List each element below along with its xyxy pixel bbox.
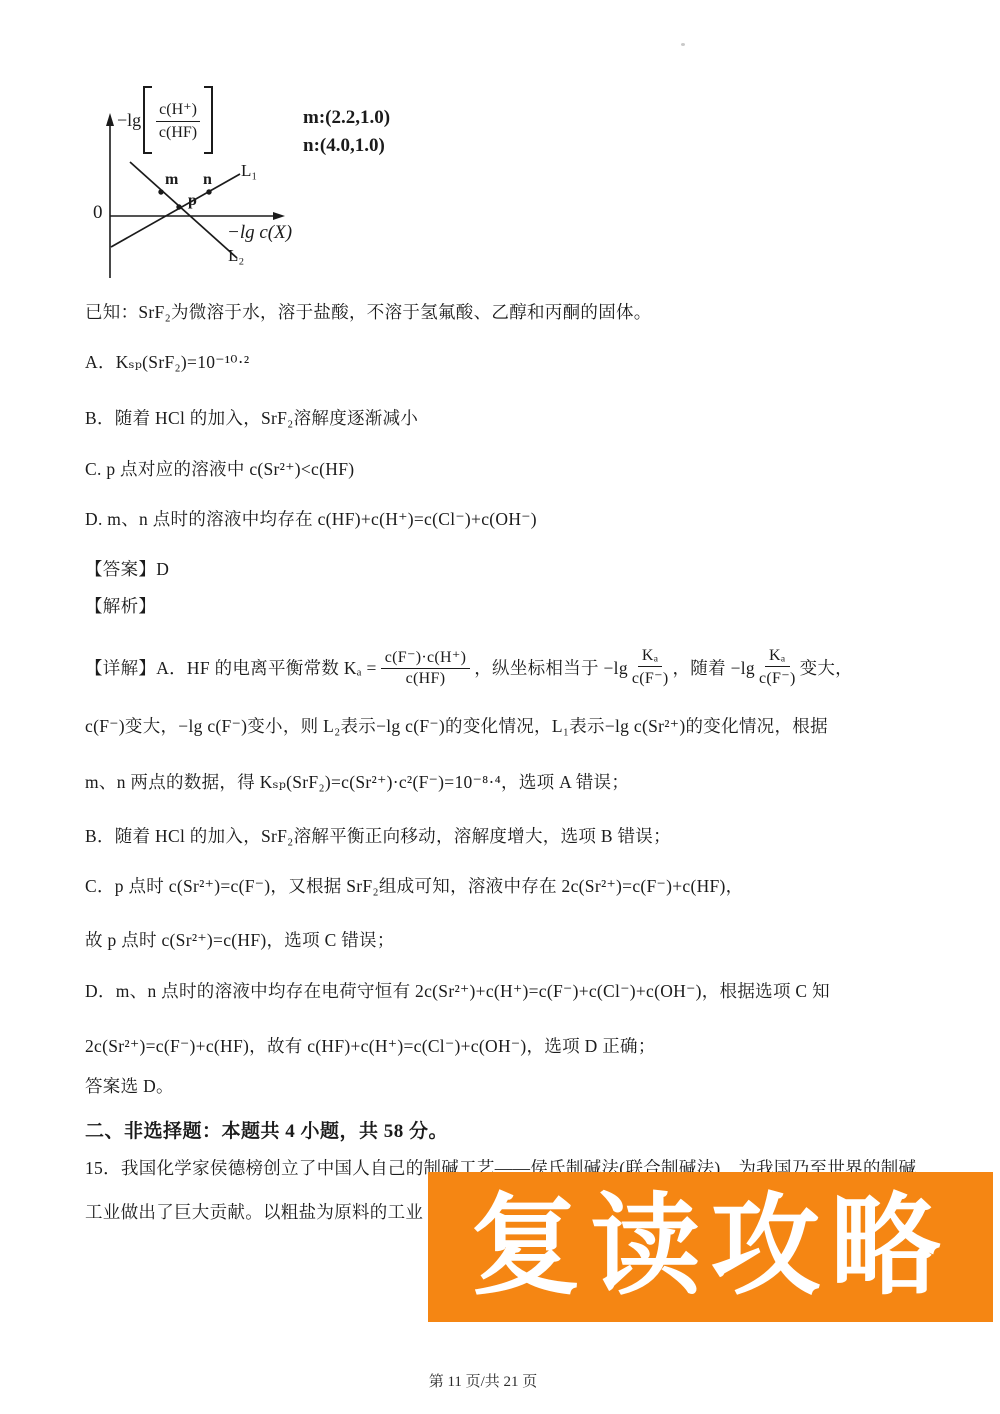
neglg-ka-fraction-1: Kₐ c(F⁻) <box>632 647 669 688</box>
line-l1-label: L₁ <box>241 161 257 181</box>
question15-line2: 工业做出了巨大贡献。以粗盐为原料的工业 <box>85 1200 423 1224</box>
y-axis-neglg: −lg <box>117 110 141 131</box>
y-axis-label: −lg c(H⁺) c(HF) <box>117 86 213 154</box>
fraction-denominator: c(HF) <box>159 122 197 142</box>
solution-line: D．m、n 点时的溶液中均存在电荷守恒有 2c(Sr²⁺)+c(H⁺)=c(F⁻… <box>85 979 830 1003</box>
detail-a-seg3: ，随着 −lg <box>673 655 755 680</box>
answer-line: 【答案】D <box>85 557 169 581</box>
analysis-heading: 【解析】 <box>85 594 156 618</box>
scan-speck <box>681 43 685 46</box>
option-a: A．Kₛₚ(SrF₂)=10⁻¹⁰·² <box>85 350 249 374</box>
exam-solution-page: 0 −lg c(H⁺) c(HF) −lg c(X) L₁ L₂ m n p m… <box>0 0 1000 1414</box>
y-axis-fraction: c(H⁺) c(HF) <box>152 97 204 144</box>
titration-graph: 0 −lg c(H⁺) c(HF) −lg c(X) L₁ L₂ m n p m… <box>85 80 505 295</box>
point-m-label: m <box>165 171 178 189</box>
ka-expression-fraction: c(F⁻)·c(H⁺) c(HF) <box>381 647 471 688</box>
section-header: 二、非选择题：本题共 4 小题，共 58 分。 <box>85 1120 448 1144</box>
solution-line: B．随着 HCl 的加入，SrF₂溶解平衡正向移动，溶解度增大，选项 B 错误； <box>85 824 671 848</box>
solution-line: C．p 点时 c(Sr²⁺)=c(F⁻)，又根据 SrF₂组成可知，溶液中存在 … <box>85 874 743 898</box>
option-b: B．随着 HCl 的加入，SrF₂溶解度逐渐减小 <box>85 406 418 430</box>
fraction-numerator: c(H⁺) <box>156 99 200 122</box>
neglg-ka-fraction-2: Kₐ c(F⁻) <box>759 647 796 688</box>
solution-line: 故 p 点时 c(Sr²⁺)=c(HF)，选项 C 错误； <box>85 928 395 952</box>
detail-a-seg1: 【详解】A．HF 的电离平衡常数 Kₐ = <box>85 655 377 680</box>
solution-line: m、n 两点的数据，得 Kₛₚ(SrF₂)=c(Sr²⁺)·c²(F⁻)=10⁻… <box>85 770 629 794</box>
solution-line: c(F⁻)变大，−lg c(F⁻)变小，则 L₂表示−lg c(F⁻)的变化情况… <box>85 714 828 738</box>
solution-conclusion: 答案选 D。 <box>85 1074 174 1098</box>
n-coordinates: n:(4.0,1.0) <box>303 132 390 160</box>
m-coordinates: m:(2.2,1.0) <box>303 104 390 132</box>
option-c: C. p 点对应的溶液中 c(Sr²⁺)<c(HF) <box>85 457 354 481</box>
known-conditions: 已知：SrF₂为微溶于水，溶于盐酸，不溶于氢氟酸、乙醇和丙酮的固体。 <box>85 300 652 324</box>
point-p-label: p <box>188 192 197 210</box>
watermark-text: 复读攻略 <box>471 1192 951 1302</box>
point-n-label: n <box>203 171 212 189</box>
line-l2-label: L₂ <box>228 246 244 266</box>
left-bracket <box>143 86 152 154</box>
right-bracket <box>204 86 213 154</box>
detail-line-a: 【详解】A．HF 的电离平衡常数 Kₐ = c(F⁻)·c(H⁺) c(HF) … <box>85 632 853 702</box>
point-coordinates-annotation: m:(2.2,1.0) n:(4.0,1.0) <box>303 104 390 160</box>
solution-line: 2c(Sr²⁺)=c(F⁻)+c(HF)，故有 c(HF)+c(H⁺)=c(Cl… <box>85 1034 656 1058</box>
page-number: 第 11 页/共 21 页 <box>0 1370 983 1391</box>
x-axis-label: −lg c(X) <box>227 222 292 244</box>
origin-label: 0 <box>93 202 103 224</box>
detail-a-seg2: ，纵坐标相当于 −lg <box>474 655 628 680</box>
option-d: D. m、n 点时的溶液中均存在 c(HF)+c(H⁺)=c(Cl⁻)+c(OH… <box>85 507 537 531</box>
detail-a-seg4: 变大， <box>800 655 853 680</box>
watermark-banner: 复读攻略 <box>428 1172 993 1322</box>
